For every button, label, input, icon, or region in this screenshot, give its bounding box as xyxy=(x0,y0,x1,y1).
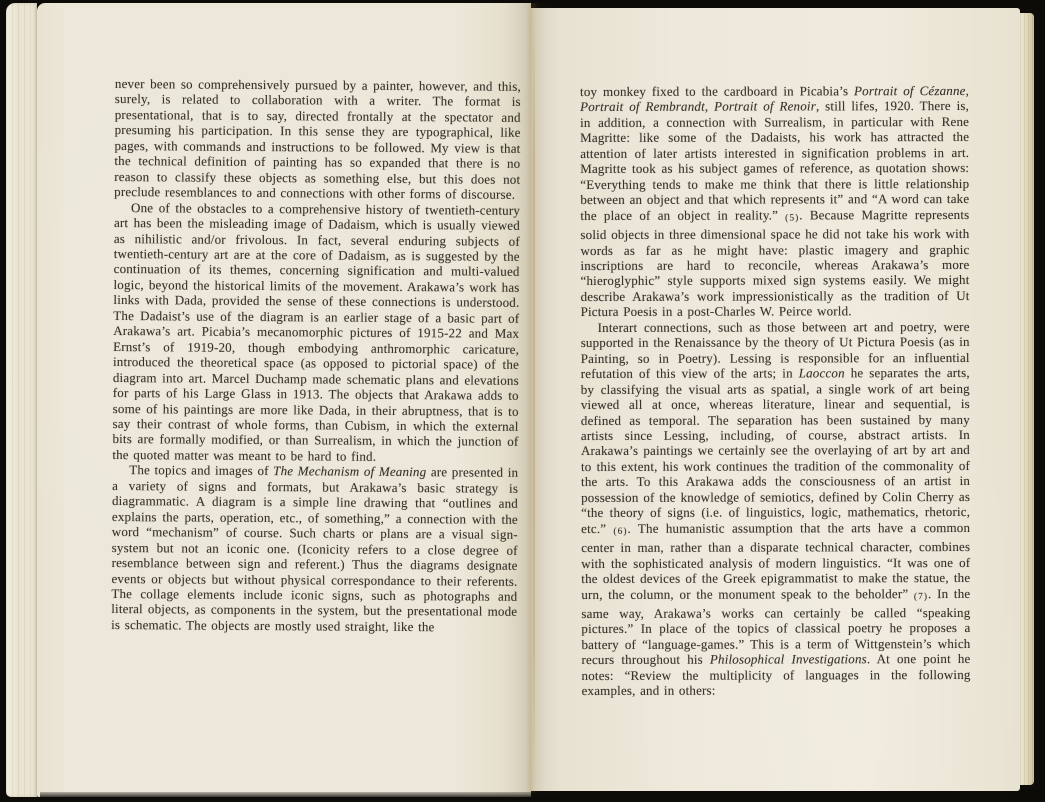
body-text: . The humanistic assumption that the art… xyxy=(581,520,970,602)
body-text: toy monkey fixed to the cardboard in Pic… xyxy=(580,83,854,99)
paragraph: toy monkey fixed to the cardboard in Pic… xyxy=(580,83,970,320)
left-page-text-column: never been so comprehensively pursued by… xyxy=(111,76,521,635)
body-text: he separates the arts, by classifying th… xyxy=(581,365,970,536)
footnote-marker: (7) xyxy=(908,592,928,602)
right-page: toy monkey fixed to the cardboard in Pic… xyxy=(531,8,1020,791)
left-page: never been so comprehensively pursued by… xyxy=(37,3,531,797)
body-text: , still lifes, 1920. There is, in additi… xyxy=(580,98,969,222)
italic-text: Laoccon xyxy=(799,365,845,380)
body-text: One of the obstacles to a comprehensive … xyxy=(112,200,520,464)
body-text: are presented in a variety of signs and … xyxy=(111,465,518,635)
paragraph: Interart connections, such as those betw… xyxy=(581,319,971,699)
right-page-text-column: toy monkey fixed to the cardboard in Pic… xyxy=(580,83,971,699)
body-text: . Because Magritte represents solid obje… xyxy=(580,207,969,320)
right-page-fore-edge xyxy=(1020,13,1034,785)
book-spread-scan: never been so comprehensively pursued by… xyxy=(0,0,1045,802)
body-text: never been so comprehensively pursued by… xyxy=(114,76,521,202)
left-page-edge-stack xyxy=(6,3,37,797)
italic-text: Philosophical Investigations xyxy=(710,652,867,667)
paragraph: never been so comprehensively pursued by… xyxy=(114,76,521,202)
italic-text: The Mechanism of Meaning xyxy=(273,463,426,479)
body-text: The topics and images of xyxy=(129,462,273,478)
footnote-marker: (5) xyxy=(778,213,799,223)
paragraph: One of the obstacles to a comprehensive … xyxy=(112,200,520,466)
paragraph: The topics and images of The Mechanism o… xyxy=(111,462,518,635)
footnote-marker: (6) xyxy=(606,527,627,537)
